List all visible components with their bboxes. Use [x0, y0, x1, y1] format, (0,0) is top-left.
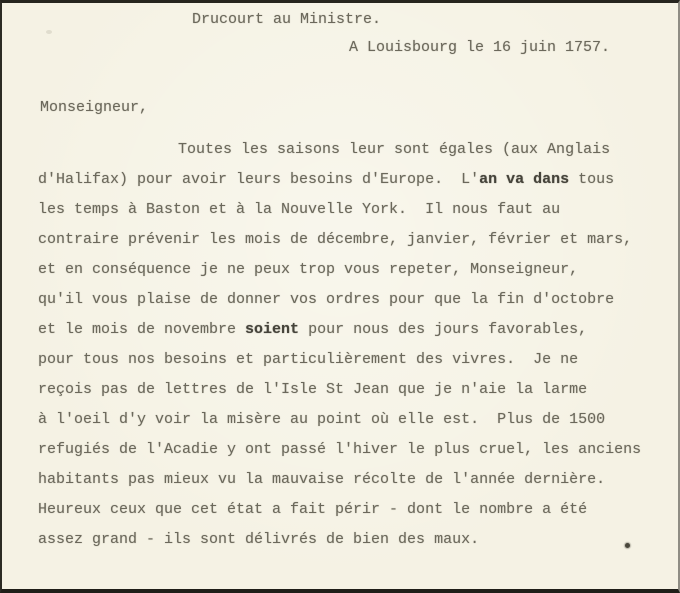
ink-dot — [625, 543, 630, 548]
body-line: pour tous nos besoins et particulièremen… — [38, 352, 663, 382]
body-text: refugiés de l'Acadie y ont passé l'hiver… — [38, 441, 641, 458]
scanned-letter-page: Drucourt au Ministre. A Louisbourg le 16… — [0, 0, 680, 593]
body-text: d'Halifax) pour avoir leurs besoins d'Eu… — [38, 171, 479, 188]
body-text: contraire prévenir les mois de décembre,… — [38, 231, 632, 248]
body-line: les temps à Baston et à la Nouvelle York… — [38, 202, 663, 232]
body-line: Toutes les saisons leur sont égales (aux… — [38, 142, 663, 172]
emphasized-text: soient — [245, 321, 299, 338]
body-text: tous — [569, 171, 614, 188]
body-line: reçois pas de lettres de l'Isle St Jean … — [38, 382, 663, 412]
body-text: reçois pas de lettres de l'Isle St Jean … — [38, 381, 587, 398]
body-text: les temps à Baston et à la Nouvelle York… — [38, 201, 560, 218]
body-line: refugiés de l'Acadie y ont passé l'hiver… — [38, 442, 663, 472]
letter-body: Toutes les saisons leur sont égales (aux… — [38, 142, 663, 562]
letter-dateline: A Louisbourg le 16 juin 1757. — [349, 39, 610, 56]
body-line: et en conséquence je ne peux trop vous r… — [38, 262, 663, 292]
letter-salutation: Monseigneur, — [40, 99, 148, 116]
body-line: à l'oeil d'y voir la misère au point où … — [38, 412, 663, 442]
body-line: d'Halifax) pour avoir leurs besoins d'Eu… — [38, 172, 663, 202]
body-text: et en conséquence je ne peux trop vous r… — [38, 261, 578, 278]
body-text: pour nous des jours favorables, — [299, 321, 587, 338]
body-text: qu'il vous plaise de donner vos ordres p… — [38, 291, 614, 308]
body-line: contraire prévenir les mois de décembre,… — [38, 232, 663, 262]
body-line: qu'il vous plaise de donner vos ordres p… — [38, 292, 663, 322]
body-text: pour tous nos besoins et particulièremen… — [38, 351, 578, 368]
body-text: à l'oeil d'y voir la misère au point où … — [38, 411, 605, 428]
paper-speck — [46, 30, 52, 34]
body-text: Heureux ceux que cet état a fait périr -… — [38, 501, 587, 518]
body-text: habitants pas mieux vu la mauvaise récol… — [38, 471, 605, 488]
body-text: assez grand - ils sont délivrés de bien … — [38, 531, 479, 548]
body-line: et le mois de novembre soient pour nous … — [38, 322, 663, 352]
body-line: assez grand - ils sont délivrés de bien … — [38, 532, 663, 562]
body-line: habitants pas mieux vu la mauvaise récol… — [38, 472, 663, 502]
letter-heading: Drucourt au Ministre. — [192, 11, 381, 28]
body-text: et le mois de novembre — [38, 321, 245, 338]
emphasized-text: an va dans — [479, 171, 569, 188]
body-text: Toutes les saisons leur sont égales (aux… — [178, 141, 610, 158]
body-line: Heureux ceux que cet état a fait périr -… — [38, 502, 663, 532]
